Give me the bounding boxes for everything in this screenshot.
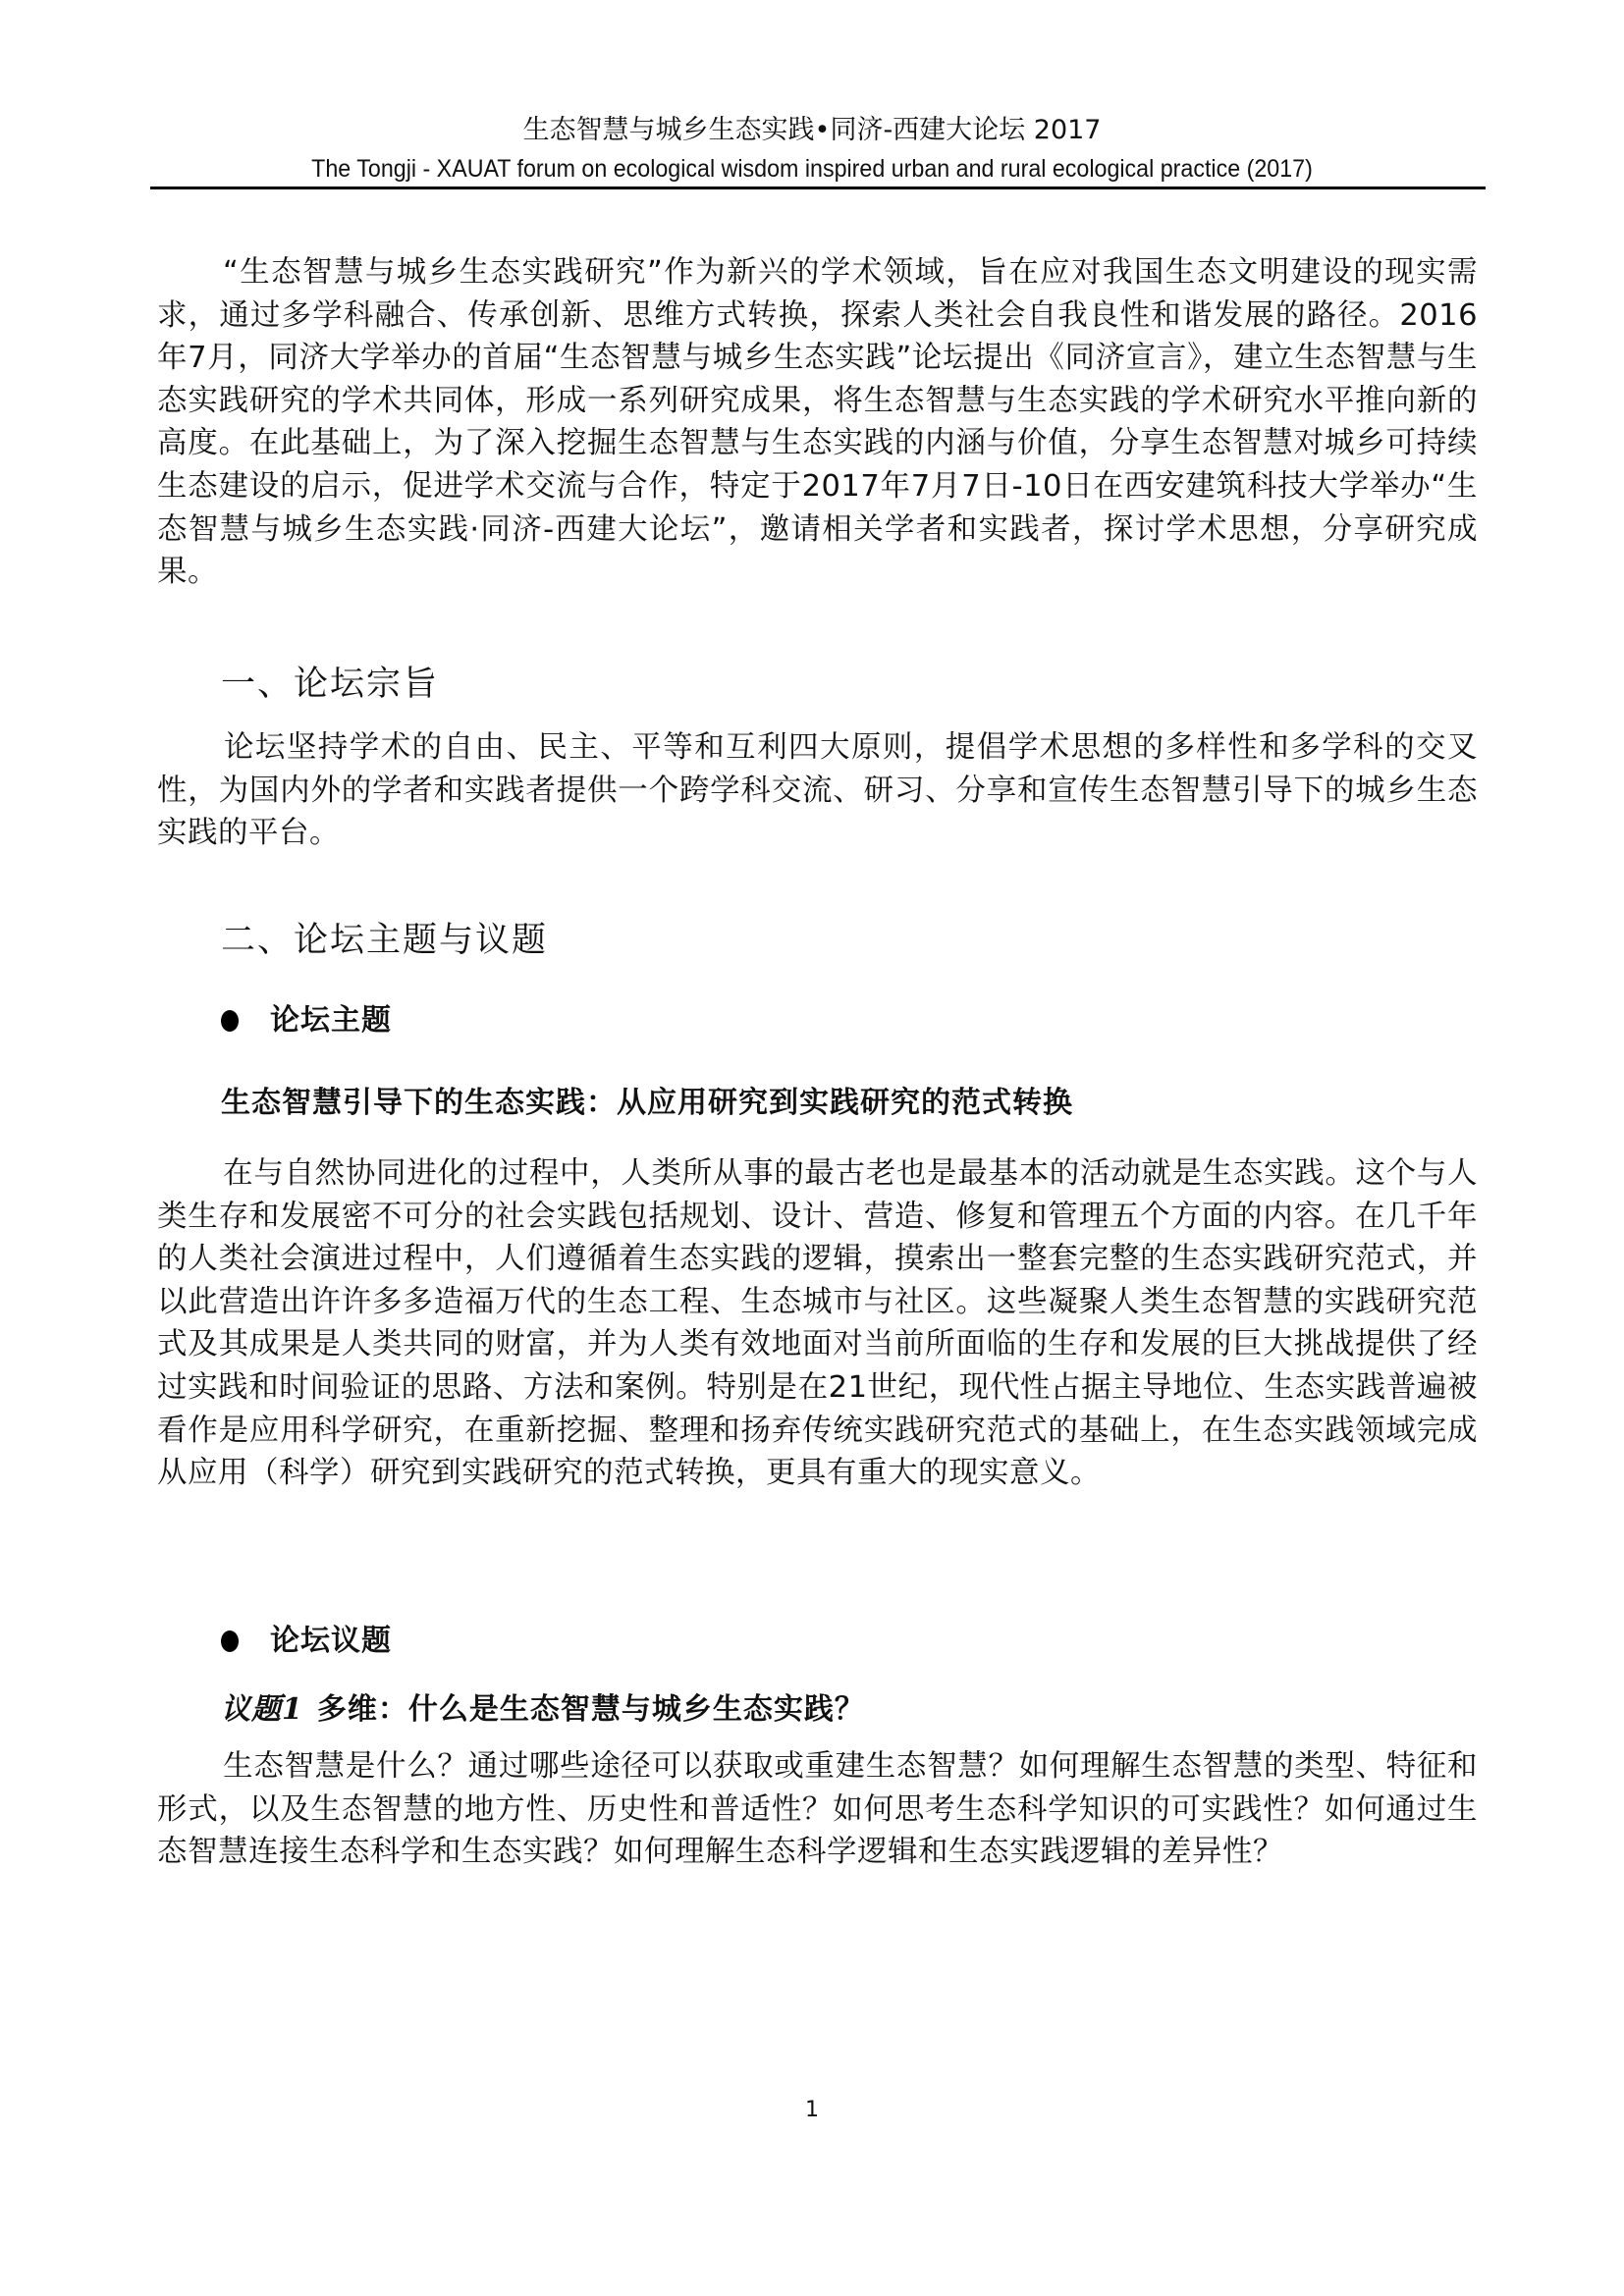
purpose-text: 论坛坚持学术的自由、民主、平等和互利四大原则，提倡学术思想的多样性和多学科的交叉… <box>157 730 1478 850</box>
running-header-english: The Tongji - XAUAT forum on ecological w… <box>57 153 1567 185</box>
topic-1-paragraph: 生态智慧是什么？通过哪些途径可以获取或重建生态智慧？如何理解生态智慧的类型、特征… <box>157 1745 1478 1874</box>
purpose-paragraph: 论坛坚持学术的自由、民主、平等和互利四大原则，提倡学术思想的多样性和多学科的交叉… <box>157 726 1478 855</box>
bullet-icon <box>221 1630 239 1652</box>
section-heading-theme-topics: 二、论坛主题与议题 <box>221 919 548 962</box>
theme-title: 生态智慧引导下的生态实践：从应用研究到实践研究的范式转换 <box>221 1082 1073 1125</box>
topic-number: 议题1 <box>221 1692 303 1727</box>
topic-1-text: 生态智慧是什么？通过哪些途径可以获取或重建生态智慧？如何理解生态智慧的类型、特征… <box>157 1749 1478 1869</box>
page-number: 1 <box>0 2097 1624 2124</box>
bullet-topics: 论坛议题 <box>221 1620 392 1663</box>
topic-title-text: 多维：什么是生态智慧与城乡生态实践？ <box>317 1692 865 1727</box>
topic-1-title: 议题1多维：什么是生态智慧与城乡生态实践？ <box>221 1688 865 1732</box>
theme-text: 在与自然协同进化的过程中，人类所从事的最古老也是最基本的活动就是生态实践。这个与… <box>157 1156 1478 1490</box>
running-header-chinese: 生态智慧与城乡生态实践•同济-西建大论坛 2017 <box>0 114 1624 147</box>
bullet-icon <box>221 1010 239 1032</box>
bullet-label-theme: 论坛主题 <box>270 999 392 1042</box>
intro-text: “生态智慧与城乡生态实践研究”作为新兴的学术领域，旨在应对我国生态文明建设的现实… <box>157 255 1478 589</box>
bullet-label-topics: 论坛议题 <box>270 1620 392 1663</box>
header-divider <box>150 187 1486 189</box>
intro-paragraph: “生态智慧与城乡生态实践研究”作为新兴的学术领域，旨在应对我国生态文明建设的现实… <box>157 251 1478 594</box>
bullet-theme: 论坛主题 <box>221 999 392 1042</box>
section-heading-purpose: 一、论坛宗旨 <box>221 663 439 706</box>
theme-paragraph: 在与自然协同进化的过程中，人类所从事的最古老也是最基本的活动就是生态实践。这个与… <box>157 1152 1478 1495</box>
